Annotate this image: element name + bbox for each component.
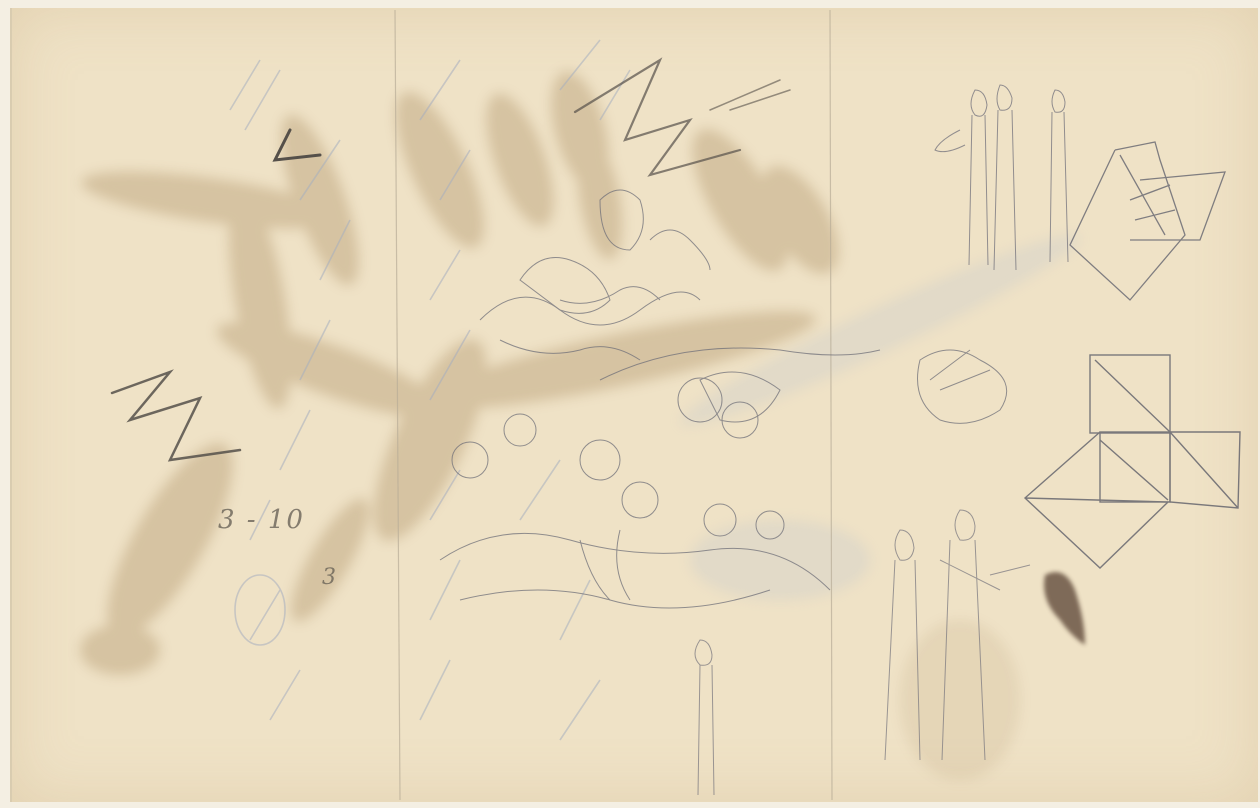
- artwork-canvas: 3 - 10 3: [0, 0, 1260, 808]
- geometric-diagram-bottom: [1025, 355, 1240, 568]
- inscription-line2: 3: [322, 565, 338, 590]
- brush-stroke: [1044, 572, 1085, 645]
- blue-wash-layer: [671, 217, 1088, 600]
- brown-wash-layer: [78, 66, 1020, 780]
- inscription-line1: 3 - 10: [218, 505, 305, 535]
- geometric-diagram-top: [1070, 142, 1225, 300]
- sketch-drawing: [0, 0, 1260, 808]
